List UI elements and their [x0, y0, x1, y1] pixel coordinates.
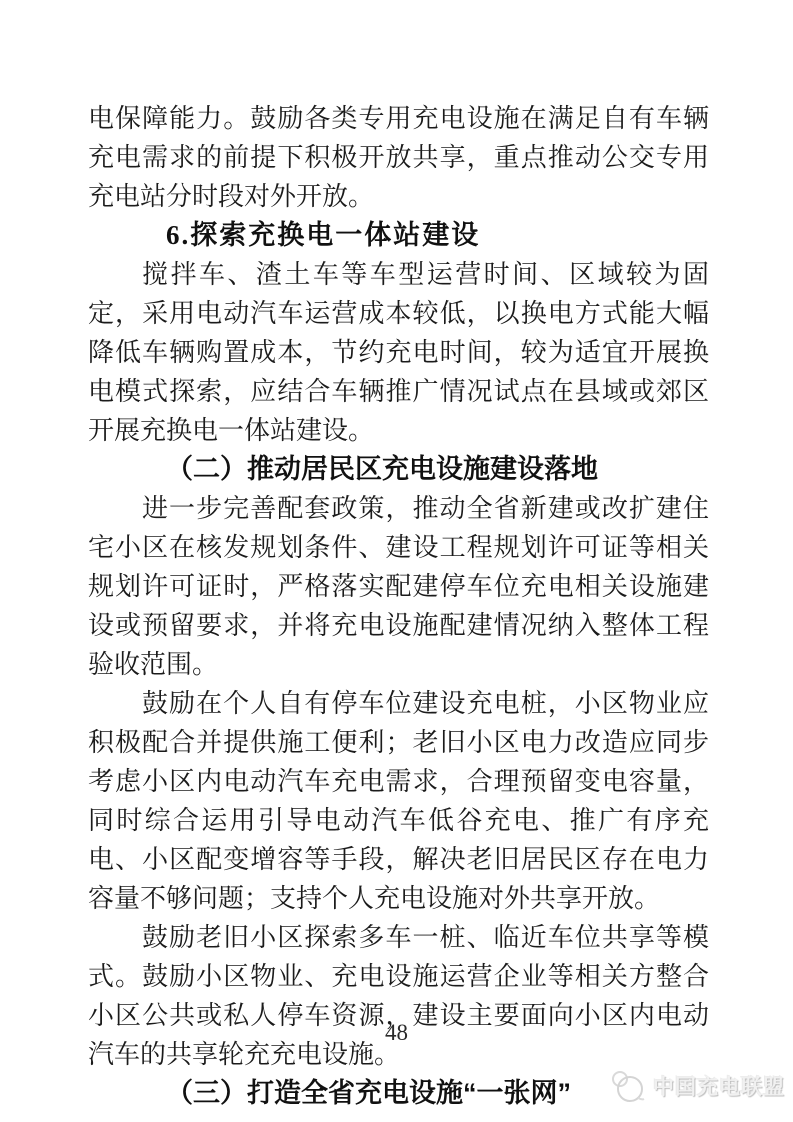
- watermark: 中国充电联盟: [608, 1068, 785, 1104]
- paragraph-residential-3: 鼓励老旧小区探索多车一桩、临近车位共享等模式。鼓励小区物业、充电设施运营企业等相…: [88, 918, 709, 1074]
- heading-6-swap-station: 6.探索充换电一体站建设: [88, 216, 709, 255]
- paragraph-continuation: 电保障能力。鼓励各类专用充电设施在满足自有车辆充电需求的前提下积极开放共享，重点…: [88, 99, 709, 216]
- watermark-text: 中国充电联盟: [653, 1071, 785, 1101]
- china-charging-alliance-logo-icon: [608, 1068, 646, 1104]
- document-body: 电保障能力。鼓励各类专用充电设施在满足自有车辆充电需求的前提下积极开放共享，重点…: [88, 99, 709, 1113]
- paragraph-swap-station: 搅拌车、渣土车等车型运营时间、区域较为固定，采用电动汽车运营成本较低，以换电方式…: [88, 255, 709, 450]
- page-number: 48: [0, 1020, 793, 1046]
- paragraph-residential-2: 鼓励在个人自有停车位建设充电桩，小区物业应积极配合并提供施工便利；老旧小区电力改…: [88, 684, 709, 918]
- paragraph-residential-1: 进一步完善配套政策，推动全省新建或改扩建住宅小区在核发规划条件、建设工程规划许可…: [88, 489, 709, 684]
- document-page: 电保障能力。鼓励各类专用充电设施在满足自有车辆充电需求的前提下积极开放共享，重点…: [0, 0, 793, 1122]
- heading-section-2: （二）推动居民区充电设施建设落地: [88, 450, 709, 489]
